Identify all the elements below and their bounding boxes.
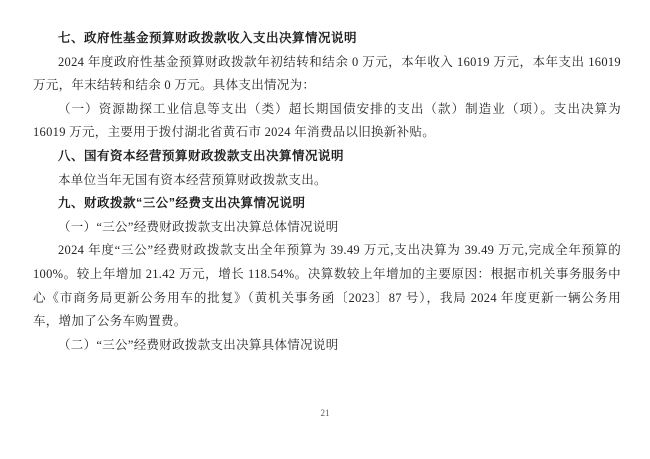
paragraph-sangong-overview: 2024 年度“三公”经费财政拨款支出全年预算为 39.49 万元,支出决算为 …: [33, 239, 621, 333]
paragraph-gov-fund-detail: （一）资源勘探工业信息等支出（类）超长期国债安排的支出（款）制造业（项）。支出决…: [33, 98, 621, 145]
paragraph-state-capital: 本单位当年无国有资本经营预算财政拨款支出。: [33, 169, 621, 193]
section-heading-seven: 七、政府性基金预算财政拨款收入支出决算情况说明: [33, 27, 621, 51]
page-number: 21: [0, 408, 650, 418]
paragraph-sangong-subhead-2: （二）“三公”经费财政拨款支出决算具体情况说明: [33, 334, 621, 358]
section-heading-eight: 八、国有资本经营预算财政拨款支出决算情况说明: [33, 145, 621, 169]
paragraph-sangong-subhead-1: （一）“三公”经费财政拨款支出决算总体情况说明: [33, 216, 621, 240]
document-page: 七、政府性基金预算财政拨款收入支出决算情况说明 2024 年度政府性基金预算财政…: [0, 0, 650, 459]
document-content: 七、政府性基金预算财政拨款收入支出决算情况说明 2024 年度政府性基金预算财政…: [33, 27, 621, 357]
section-heading-nine: 九、财政拨款“三公”经费支出决算情况说明: [33, 192, 621, 216]
paragraph-gov-fund-summary: 2024 年度政府性基金预算财政拨款年初结转和结余 0 万元，本年收入 1601…: [33, 51, 621, 98]
